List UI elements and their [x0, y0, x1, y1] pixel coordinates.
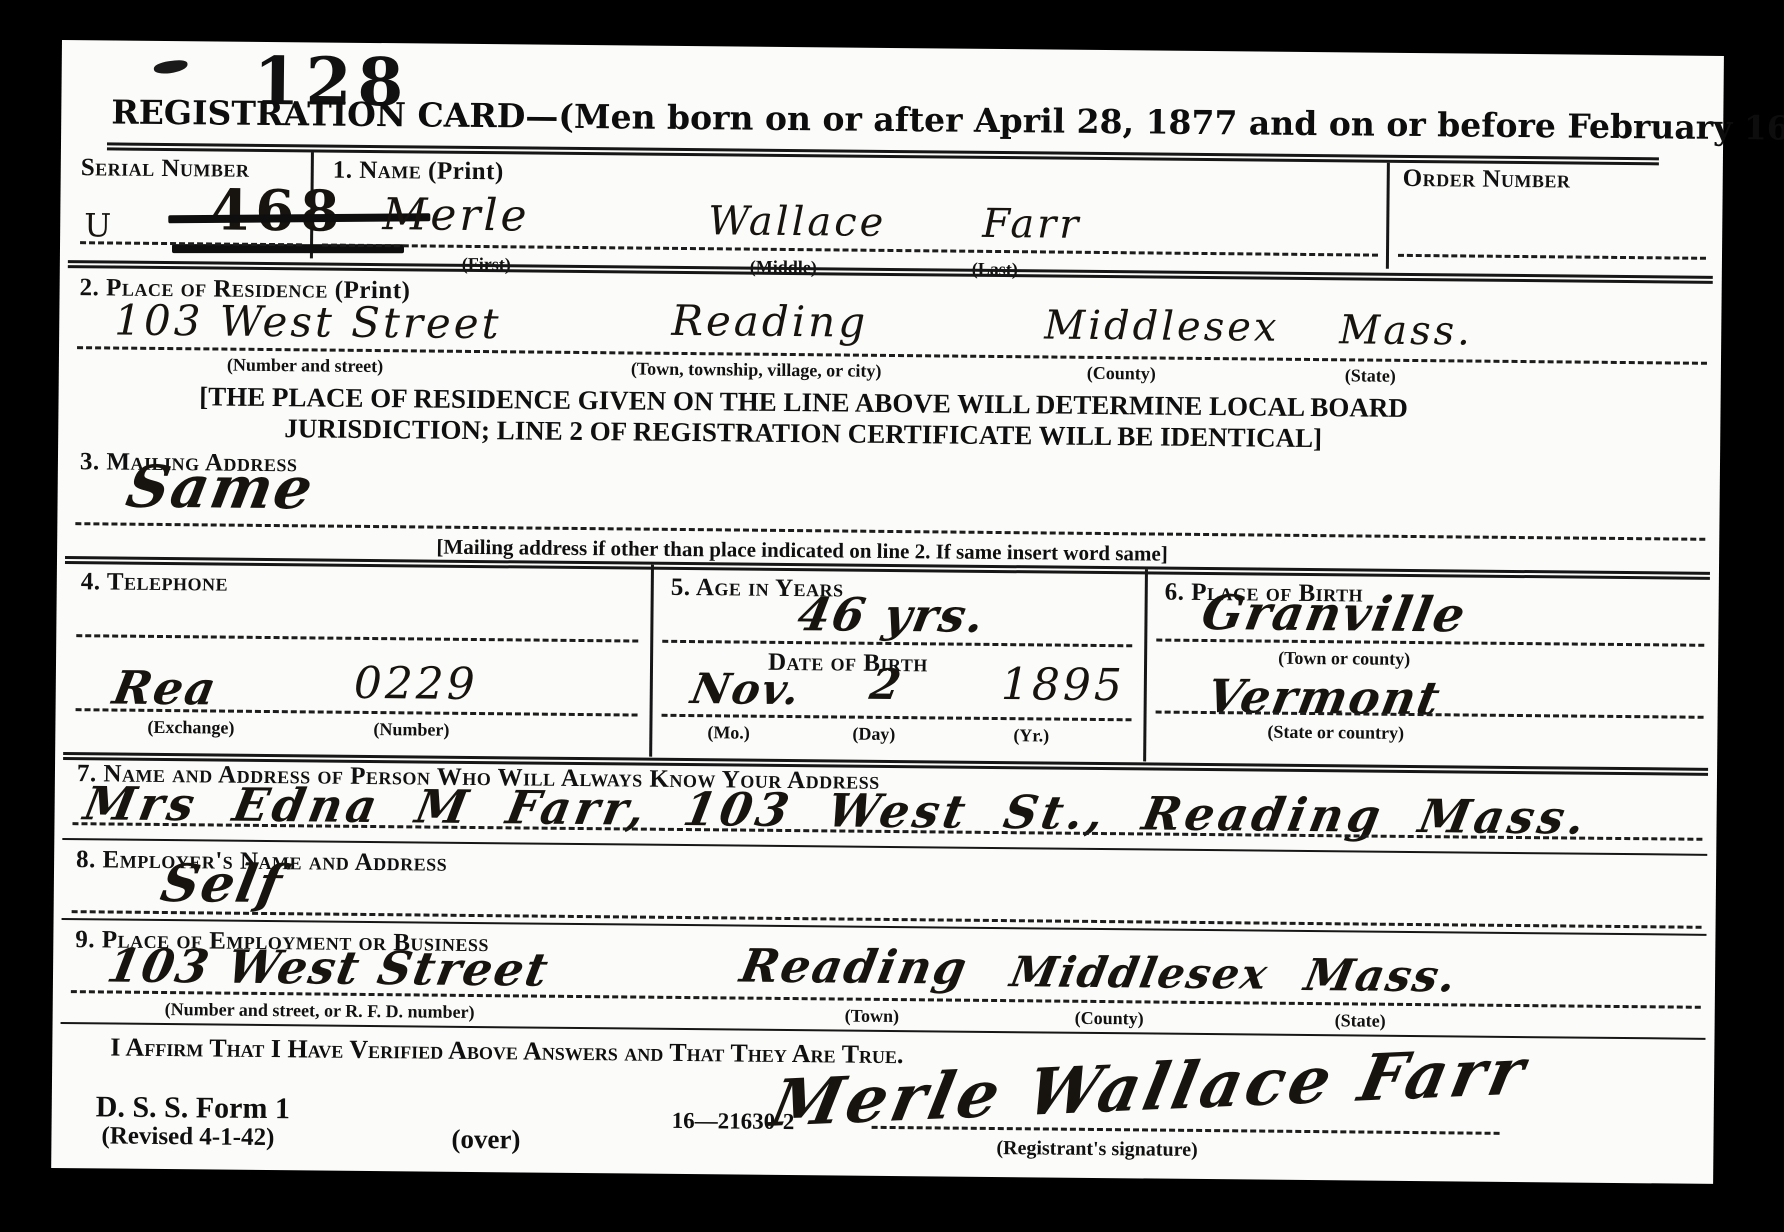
residence-county-caption: (County): [1087, 363, 1156, 385]
name-middle-value: Wallace: [708, 198, 886, 246]
residence-state-value: Mass.: [1339, 307, 1473, 354]
birth-town-caption: (Town or county): [1278, 648, 1410, 670]
affirmation-text: I Affirm That I Have Verified Above Answ…: [110, 1033, 903, 1071]
telephone-blank-line: [76, 634, 638, 642]
dob-answer-line: [662, 714, 1132, 722]
ink-blot: [153, 59, 188, 75]
employment-street-caption: (Number and street, or R. F. D. number): [165, 999, 475, 1023]
card-title-note: —(Men born on or after April 28, 1877 an…: [525, 96, 1784, 148]
serial-prefix-value: U: [84, 206, 114, 244]
employment-county-caption: (County): [1075, 1008, 1144, 1030]
order-answer-line: [1398, 254, 1706, 260]
divider-telephone-age: [649, 565, 654, 757]
employment-town-value: Reading: [736, 939, 973, 995]
employment-town-caption: (Town): [845, 1006, 900, 1028]
residence-county-value: Middlesex: [1044, 302, 1280, 350]
registration-card: 128 REGISTRATION CARD—(Men born on or af…: [51, 40, 1724, 1184]
residence-street-caption: (Number and street): [227, 355, 384, 377]
employment-street-value: 103 West Street: [103, 939, 554, 997]
residence-state-caption: (State): [1345, 365, 1396, 386]
birth-state-value: Vermont: [1203, 669, 1446, 725]
card-title: REGISTRATION CARD: [111, 92, 525, 135]
form-name: D. S. S. Form 1: [96, 1090, 290, 1126]
name-label: 1. Name (Print): [333, 157, 504, 187]
dob-year-caption: (Yr.): [1013, 725, 1049, 746]
divider-age-birth: [1143, 569, 1148, 761]
birth-state-caption: (State or country): [1267, 722, 1404, 744]
dob-year-value: 1895: [1001, 659, 1125, 711]
dob-month-caption: (Mo.): [707, 722, 750, 743]
card-title-line: REGISTRATION CARD—(Men born on or after …: [111, 92, 1784, 148]
name-first-value: Merle: [382, 189, 530, 241]
telephone-exchange-value: Rea: [109, 661, 222, 716]
dob-month-value: Nov.: [687, 664, 805, 714]
telephone-exchange-caption: (Exchange): [147, 717, 234, 739]
employment-state-caption: (State): [1335, 1010, 1386, 1031]
residence-town-caption: (Town, township, village, or city): [631, 358, 882, 381]
signature-caption: (Registrant's signature): [996, 1137, 1197, 1162]
serial-number-value: 468: [210, 177, 346, 244]
telephone-label: 4. Telephone: [81, 568, 229, 597]
residence-street-value: 103 West Street: [114, 296, 502, 349]
over-note: (over): [451, 1124, 520, 1156]
birth-town-value: Granville: [1197, 585, 1471, 643]
telephone-number-caption: (Number): [373, 719, 449, 741]
form-revision: (Revised 4-1-42): [101, 1122, 274, 1152]
mailing-value: Same: [121, 453, 319, 523]
employment-county-value: Middlesex: [1007, 947, 1273, 998]
name-last-value: Farr: [982, 201, 1082, 248]
employment-state-value: Mass.: [1300, 950, 1462, 1002]
employer-value: Self: [156, 853, 288, 915]
telephone-number-value: 0229: [354, 658, 478, 710]
age-value: 46 yrs.: [794, 587, 991, 643]
scan-background: { "colors": { "paper": "#fbfbf9", "ink":…: [0, 0, 1784, 1232]
divider-name-order: [1386, 163, 1390, 269]
dob-day-caption: (Day): [852, 724, 895, 745]
residence-town-value: Reading: [671, 296, 868, 347]
order-number-label: Order Number: [1403, 165, 1571, 195]
